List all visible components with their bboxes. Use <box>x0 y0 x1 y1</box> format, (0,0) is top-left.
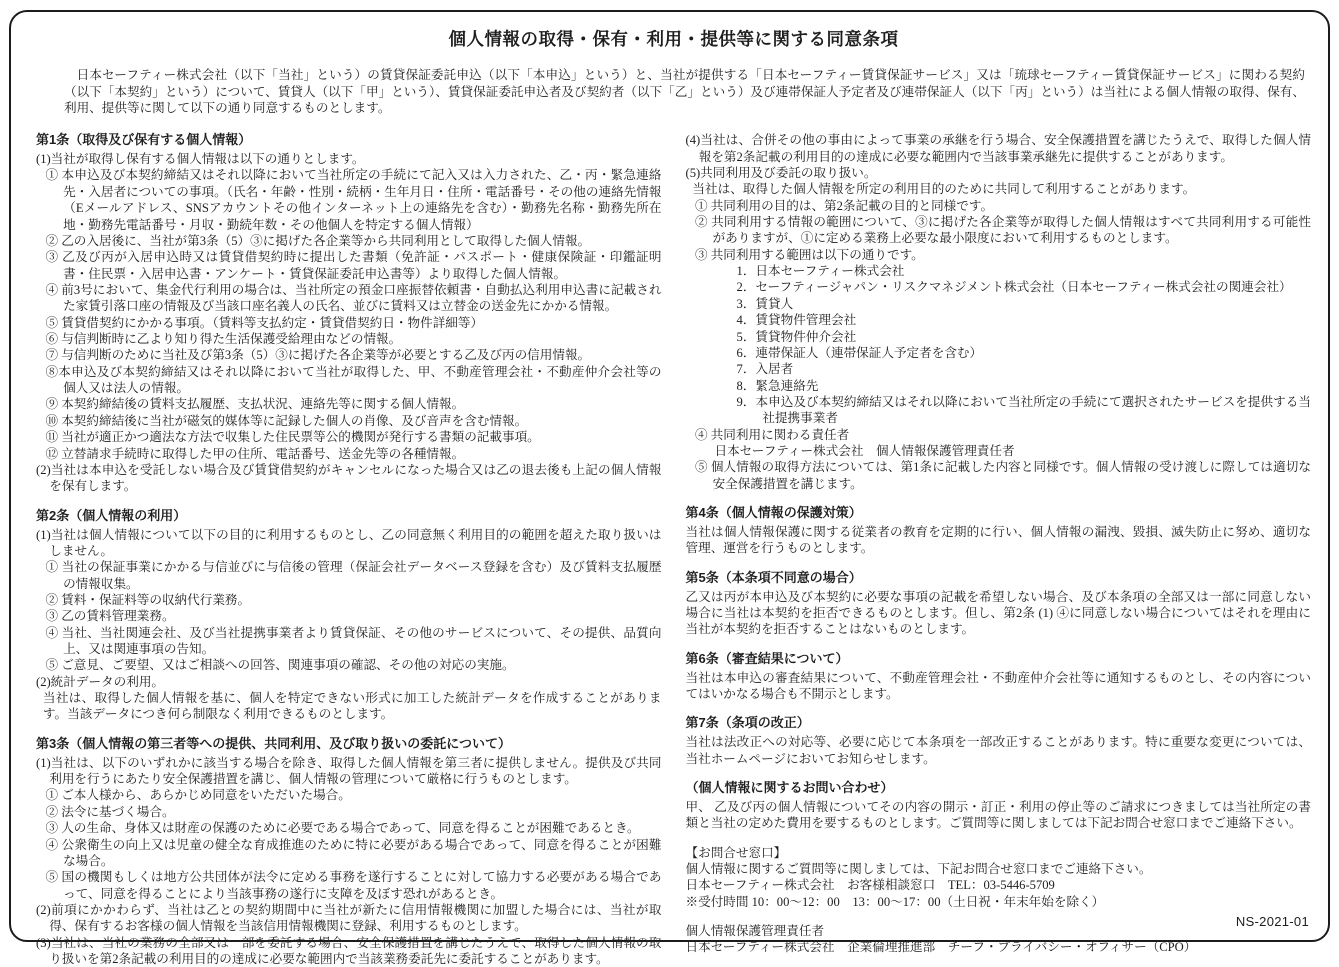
page-title: 個人情報の取得・保有・利用・提供等に関する同意条項 <box>36 26 1311 51</box>
document-content: 個人情報の取得・保有・利用・提供等に関する同意条項 日本セーフティー株式会社（以… <box>36 26 1311 935</box>
paragraph: (4)当社は、合併その他の事由によって事業の承継を行う場合、安全保護措置を講じた… <box>686 132 1312 165</box>
paragraph: ④ 共同利用に関わる責任者 <box>686 427 1312 443</box>
document-page: 個人情報の取得・保有・利用・提供等に関する同意条項 日本セーフティー株式会社（以… <box>0 0 1339 951</box>
section-heading: 第2条（個人情報の利用） <box>36 508 662 525</box>
section: 第7条（条項の改正）当社は法改正への対応等、必要に応じて本条項を一部改正すること… <box>686 715 1312 767</box>
paragraph: ③ 乙の賃料管理業務。 <box>36 608 662 624</box>
paragraph: ⑪ 当社が適正かつ適法な方法で収集した住民票等公的機関が発行する書類の記載事項。 <box>36 429 662 445</box>
paragraph: 日本セーフティー株式会社 個人情報保護管理責任者 <box>686 443 1312 459</box>
paragraph: 当社は個人情報保護に関する従業者の教育を定期的に行い、個人情報の漏洩、毀損、滅失… <box>686 524 1312 557</box>
paragraph: ⑤ 賃貸借契約にかかる事項。（賃料等支払約定・賃貸借契約日・物件詳細等） <box>36 315 662 331</box>
section: (4)当社は、合併その他の事由によって事業の承継を行う場合、安全保護措置を講じた… <box>686 132 1312 492</box>
right-column: (4)当社は、合併その他の事由によって事業の承継を行う場合、安全保護措置を講じた… <box>686 132 1312 967</box>
paragraph: 当社は、取得した個人情報を基に、個人を特定できない形式に加工した統計データを作成… <box>36 690 662 723</box>
section-heading: 第4条（個人情報の保護対策） <box>686 505 1312 522</box>
paragraph: ③ 乙及び丙が入居申込時又は賃貸借契約時に提出した書類（免許証・パスポート・健康… <box>36 249 662 282</box>
section: （個人情報に関するお問い合わせ）甲、 乙及び丙の個人情報についてその内容の開示・… <box>686 780 1312 832</box>
paragraph: ⑩ 本契約締結後に当社が磁気的媒体等に記録した個人の肖像、及び音声を含む情報。 <box>36 413 662 429</box>
section-heading: 第6条（審査結果について） <box>686 651 1312 668</box>
paragraph: 8．緊急連絡先 <box>686 378 1312 394</box>
paragraph: (1)当社は個人情報について以下の目的に利用するものとし、乙の同意無く利用目的の… <box>36 527 662 560</box>
paragraph: 日本セーフティー株式会社 お客様相談窓口 TEL：03-5446-5709 <box>686 877 1312 893</box>
paragraph: ① 共同利用の目的は、第2条記載の目的と同様です。 <box>686 198 1312 214</box>
section: 第4条（個人情報の保護対策）当社は個人情報保護に関する従業者の教育を定期的に行い… <box>686 505 1312 557</box>
paragraph: 4．賃貸物件管理会社 <box>686 312 1312 328</box>
section: 第1条（取得及び保有する個人情報）(1)当社が取得し保有する個人情報は以下の通り… <box>36 132 662 494</box>
paragraph: (2)当社は本申込を受託しない場合及び賃貸借契約がキャンセルになった場合又は乙の… <box>36 462 662 495</box>
paragraph: (2)前項にかかわらず、当社は乙との契約期間中に当社が新たに信用情報機関に加盟し… <box>36 902 662 935</box>
paragraph: ⑦ 与信判断のために当社及び第3条（5）③に掲げた各企業等が必要とする乙及び丙の… <box>36 347 662 363</box>
paragraph: ※受付時間 10：00～12：00 13：00～17：00（土日祝・年末年始を除… <box>686 894 1312 910</box>
section: 第3条（個人情報の第三者等への提供、共同利用、及び取り扱いの委託について）(1)… <box>36 736 662 967</box>
paragraph: 5．賃貸物件仲介会社 <box>686 329 1312 345</box>
paragraph: ② 賃料・保証料等の収納代行業務。 <box>36 592 662 608</box>
paragraph: ② 法令に基づく場合。 <box>36 804 662 820</box>
paragraph: ⑧本申込及び本契約締結又はそれ以降において当社が取得した、甲、不動産管理会社・不… <box>36 364 662 397</box>
paragraph: 個人情報に関するご質問等に関しましては、下記お問合せ窓口までご連絡下さい。 <box>686 861 1312 877</box>
paragraph: (1)当社が取得し保有する個人情報は以下の通りとします。 <box>36 151 662 167</box>
paragraph: ② 乙の入居後に、当社が第3条（5）③に掲げた各企業等から共同利用として取得した… <box>36 233 662 249</box>
paragraph: ④ 公衆衛生の向上又は児童の健全な育成推進のために特に必要がある場合であって、同… <box>36 837 662 870</box>
paragraph: ③ 人の生命、身体又は財産の保護のために必要である場合であって、同意を得ることが… <box>36 820 662 836</box>
paragraph: 7．入居者 <box>686 361 1312 377</box>
paragraph: (2)統計データの利用。 <box>36 674 662 690</box>
paragraph: ③ 共同利用する範囲は以下の通りです。 <box>686 247 1312 263</box>
section: 第5条（本条項不同意の場合）乙又は丙が本申込及び本契約に必要な事項の記載を希望し… <box>686 570 1312 638</box>
paragraph: ② 共同利用する情報の範囲について、③に掲げた各企業等が取得した個人情報はすべて… <box>686 214 1312 247</box>
paragraph: 9．本申込及び本契約締結又はそれ以降において当社所定の手続にて選択されたサービス… <box>686 394 1312 427</box>
section-heading: 第5条（本条項不同意の場合） <box>686 570 1312 587</box>
paragraph: (1)当社は、以下のいずれかに該当する場合を除き、取得した個人情報を第三者に提供… <box>36 755 662 788</box>
paragraph: 甲、 乙及び丙の個人情報についてその内容の開示・訂正・利用の停止等のご請求につき… <box>686 799 1312 832</box>
intro-paragraph: 日本セーフティー株式会社（以下「当社」という）の賃貸保証委託申込（以下「本申込」… <box>64 67 1305 117</box>
paragraph: ⑥ 与信判断時に乙より知り得た生活保護受給理由などの情報。 <box>36 331 662 347</box>
paragraph: ⑤ 国の機関もしくは地方公共団体が法令に定める事務を遂行することに対して協力する… <box>36 869 662 902</box>
paragraph: ⑫ 立替請求手続時に取得した甲の住所、電話番号、送金先等の各種情報。 <box>36 446 662 462</box>
paragraph: ① 当社の保証事業にかかる与信並びに与信後の管理（保証会社データベース登録を含む… <box>36 559 662 592</box>
section-heading: 第3条（個人情報の第三者等への提供、共同利用、及び取り扱いの委託について） <box>36 736 662 753</box>
paragraph: 日本セーフティー株式会社 企業倫理推進部 チーフ・プライバシー・オフィサー（CP… <box>686 939 1312 955</box>
paragraph: 当社は法改正への対応等、必要に応じて本条項を一部改正することがあります。特に重要… <box>686 734 1312 767</box>
section-heading: （個人情報に関するお問い合わせ） <box>686 780 1312 797</box>
paragraph: ④ 前3号において、集金代行利用の場合は、当社所定の預金口座振替依頼書・自動払込… <box>36 282 662 315</box>
paragraph: ① 本申込及び本契約締結又はそれ以降において当社所定の手続にて記入又は入力された… <box>36 167 662 232</box>
paragraph: (5)共同利用及び委託の取り扱い。 <box>686 165 1312 181</box>
section: 【お問合せ窓口】個人情報に関するご質問等に関しましては、下記お問合せ窓口までご連… <box>686 845 1312 910</box>
paragraph: 【お問合せ窓口】 <box>686 845 1312 861</box>
section: 第2条（個人情報の利用）(1)当社は個人情報について以下の目的に利用するものとし… <box>36 508 662 723</box>
section: 第6条（審査結果について）当社は本申込の審査結果について、不動産管理会社・不動産… <box>686 651 1312 703</box>
paragraph: 当社は本申込の審査結果について、不動産管理会社・不動産仲介会社等に通知するものと… <box>686 670 1312 703</box>
paragraph: ① ご本人様から、あらかじめ同意をいただいた場合。 <box>36 787 662 803</box>
paragraph: ⑤ 個人情報の取得方法については、第1条に記載した内容と同様です。個人情報の受け… <box>686 459 1312 492</box>
two-column-body: 第1条（取得及び保有する個人情報）(1)当社が取得し保有する個人情報は以下の通り… <box>36 132 1311 967</box>
paragraph: 2．セーフティージャパン・リスクマネジメント株式会社（日本セーフティー株式会社の… <box>686 279 1312 295</box>
paragraph: 1．日本セーフティー株式会社 <box>686 263 1312 279</box>
paragraph: 6．連帯保証人（連帯保証人予定者を含む） <box>686 345 1312 361</box>
paragraph: ⑤ ご意見、ご要望、又はご相談への回答、関連事項の確認、その他の対応の実施。 <box>36 657 662 673</box>
paragraph: 当社は、取得した個人情報を所定の利用目的のために共同して利用することがあります。 <box>686 181 1312 197</box>
document-number: NS-2021-01 <box>1236 914 1309 929</box>
left-column: 第1条（取得及び保有する個人情報）(1)当社が取得し保有する個人情報は以下の通り… <box>36 132 662 967</box>
section-heading: 第1条（取得及び保有する個人情報） <box>36 132 662 149</box>
paragraph: ④ 当社、当社関連会社、及び当社提携事業者より賃貸保証、その他のサービスについて… <box>36 625 662 658</box>
paragraph: 3．賃貸人 <box>686 296 1312 312</box>
paragraph: 乙又は丙が本申込及び本契約に必要な事項の記載を希望しない場合、及び本条項の全部又… <box>686 589 1312 638</box>
paragraph: 個人情報保護管理責任者 <box>686 923 1312 939</box>
section-heading: 第7条（条項の改正） <box>686 715 1312 732</box>
paragraph: ⑨ 本契約締結後の賃料支払履歴、支払状況、連絡先等に関する個人情報。 <box>36 396 662 412</box>
